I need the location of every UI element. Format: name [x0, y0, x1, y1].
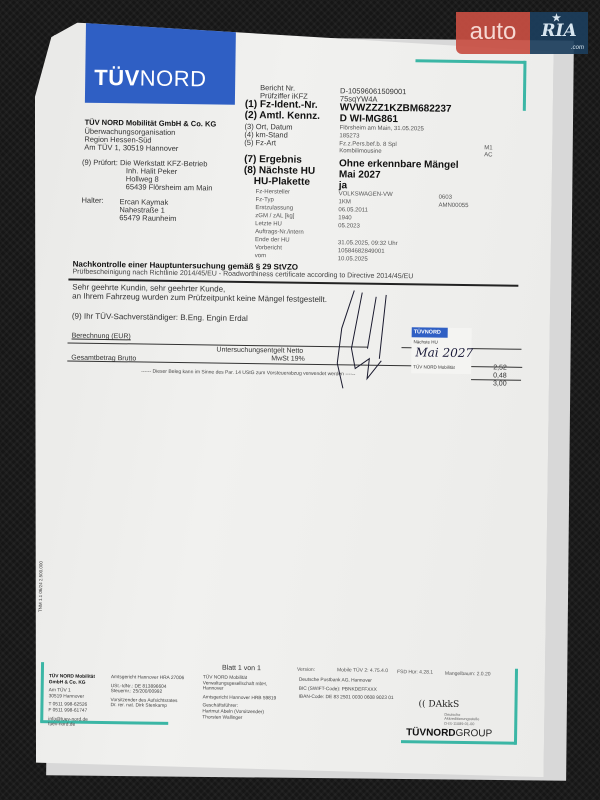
footer-col-registry: Amtsgericht Hannover HRA 27006 USt.-IdNr… [110, 675, 184, 710]
logo-light-text: NORD [140, 65, 207, 91]
logo-bold-text: TÜV [94, 65, 140, 91]
first-registration: 06.05.2011 [338, 207, 368, 213]
field-label: Vorbericht [255, 245, 282, 251]
billing-row-label: MwSt 19% [271, 355, 305, 362]
com-text: .com [571, 44, 584, 52]
field-label: (5) Fz-Art [244, 138, 276, 147]
pruefort-line: 65439 Flörsheim am Main [126, 182, 213, 192]
pruefort-label: (9) Prüfort: [82, 158, 118, 167]
vehicle-body: Kombilimousine [339, 148, 381, 155]
tuev-nord-logo: TÜVNORD [85, 23, 236, 105]
dakks-line: D-IS-11089-01-00 [444, 722, 479, 727]
billing-title: Berechnung (EUR) [72, 333, 131, 341]
ria-text: RIA [541, 21, 576, 41]
type-code: AMN00055 [438, 203, 468, 209]
form-code: TNM 1.1 06/24 2.500.000 [38, 561, 44, 612]
stamp-label: Nächste HU [414, 339, 438, 344]
field-label: Ende der HU [255, 237, 290, 243]
tax-note: ------ Dieser Beleg kann im Sinne des Pa… [141, 369, 355, 378]
place-date: Flörsheim am Main, 31.05.2025 [340, 125, 424, 132]
star-icon: ★ [552, 14, 561, 24]
manufacturer: VOLKSWAGEN-VW [339, 191, 393, 198]
footer-col-bank: Deutsche Postbank AG, Hannover BIC (SWIF… [299, 678, 394, 702]
result-message: an Ihrem Fahrzeug wurden zum Prüfzeitpun… [72, 292, 327, 305]
autoria-ria-part: ★ RIA .com [530, 12, 588, 54]
body-code: AC [484, 152, 492, 158]
field-label: vom [255, 253, 266, 259]
footer-website: tuev-nord.de [48, 722, 94, 728]
field-label: HU-Plakette [254, 176, 310, 188]
field-label: Erstzulassung [255, 205, 293, 212]
stamp-logo: TÜVNORD [412, 327, 448, 338]
vehicle-type: Fz.z.Pers.bef.b. 8 Spl [339, 141, 396, 148]
gross-weight: 1940 [338, 215, 351, 221]
dakks-logo: (( DAkkS [418, 699, 459, 710]
halter-line: 65479 Raunheim [119, 213, 176, 223]
teal-corner-bottom-right-vertical [514, 669, 518, 745]
autoria-watermark: auto ★ RIA .com [456, 12, 588, 54]
footer-col-company: TÜV NORD Mobilität GmbH & Co. KG Am TÜV … [48, 674, 95, 728]
stamp-footer: TÜV NORD Mobilität [413, 364, 455, 370]
dakks-details: Deutsche Akkreditierungsstelle D-IS-1108… [444, 713, 479, 727]
teal-corner-top-vertical [523, 61, 527, 111]
last-inspection: 05.2023 [338, 223, 360, 229]
signature [331, 288, 413, 399]
odometer: 185273 [339, 133, 359, 139]
field-label: Auftrags-Nr./intern [255, 229, 304, 236]
license-plate: D WI-MG861 [340, 113, 398, 125]
field-label: (2) Amtl. Kennz. [245, 110, 320, 122]
version-label: Version: [297, 667, 315, 673]
autoria-auto-part: auto [456, 12, 530, 54]
org-address: Am TÜV 1, 30519 Hannover [84, 143, 178, 153]
mangel-version: Mangelbaum: 2.0.20 [445, 671, 491, 678]
inspector-name: (9) Ihr TÜV-Sachverständiger: B.Eng. Eng… [72, 312, 248, 323]
field-label: Letzte HU [255, 221, 282, 227]
page-indicator: Blatt 1 von 1 [222, 665, 261, 673]
billing-row-label: Untersuchungsentgelt Netto [216, 347, 303, 355]
dakks-text: DAkkS [428, 700, 459, 710]
total-amount: 3,00 [493, 380, 507, 387]
field-label: zGM / zAL [kg] [255, 213, 294, 220]
stamp-handwritten-date: Mai 2027 [415, 345, 473, 360]
group-light: GROUP [455, 728, 492, 740]
footer-line: Dr. rer. nat. Dirk Stenkamp [110, 703, 183, 710]
model-type: 1KM [338, 199, 350, 205]
footer-line: Amtsgericht Hannover HRA 27006 [111, 675, 184, 682]
footer-col-management: TÜV NORD Mobilität Verwaltungsgesellscha… [202, 675, 276, 721]
pre-report-date: 10.05.2025 [338, 256, 368, 262]
next-inspection: Mai 2027 [339, 169, 381, 181]
footer-line: Thorsten Wallinger [202, 715, 276, 722]
tuev-nord-group-logo: TÜVNORDGROUP [406, 727, 492, 739]
teal-corner-bottom-right [401, 740, 516, 745]
hu-stamp: TÜVNORD Nächste HU Mai 2027 TÜV NORD Mob… [411, 327, 472, 374]
tuev-certificate-document: TÜVNORD TÜV NORD Mobilität GmbH & Co. KG… [26, 22, 554, 777]
version-value: Mobile TÜV 2: 4.75.4.0 [337, 667, 388, 674]
teal-corner-top [415, 59, 525, 64]
field-label: Fz-Hersteller [256, 189, 290, 195]
teal-corner-bottom-left-vertical [40, 662, 44, 722]
halter-label: Halter: [81, 196, 103, 205]
hu-sticker: ja [339, 180, 347, 191]
manufacturer-code: 0603 [439, 195, 452, 201]
inspection-end: 31.05.2025, 09:32 Uhr [338, 240, 398, 247]
field-label: Fz-Typ [255, 197, 273, 203]
total-label: Gesamtbetrag Brutto [71, 355, 136, 363]
fsd-version: FSD Hür: 4.28.1 [397, 669, 433, 676]
field-label: (7) Ergebnis [244, 154, 302, 166]
footer-iban: IBAN-Code: DE 83 2501 0030 0608 9023 01 [299, 695, 394, 702]
vehicle-class-code: M1 [484, 145, 492, 151]
group-bold: TÜVNORD [406, 727, 456, 739]
pre-report-number: 10584682849001 [338, 248, 385, 255]
